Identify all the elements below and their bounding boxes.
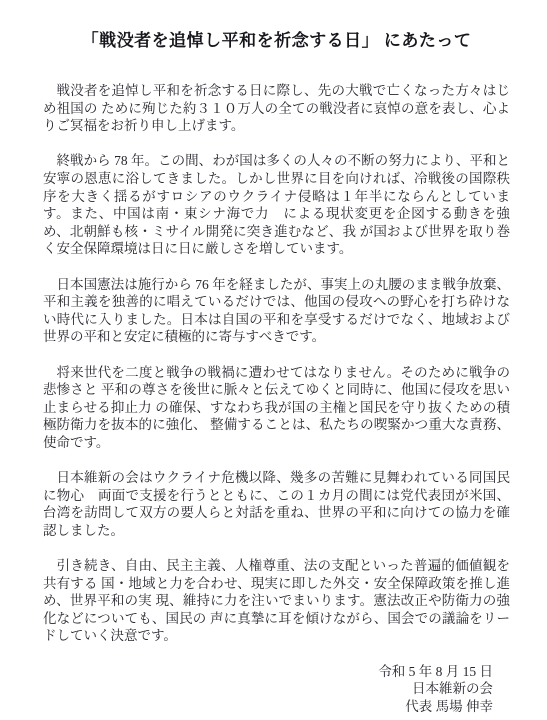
paragraph-condolence: 戦没者を追悼し平和を祈念する日に際し、先の大戦で亡くなった方々はじめ祖国の ため…	[43, 82, 510, 135]
document-body: 戦没者を追悼し平和を祈念する日に際し、先の大戦で亡くなった方々はじめ祖国の ため…	[43, 82, 510, 645]
document-page: 「戦没者を追悼し平和を祈念する日」 にあたって 戦没者を追悼し平和を祈念する日に…	[0, 0, 547, 720]
paragraph-party-activities: 日本維新の会はウクライナ危機以降、幾多の苦難に見舞われている同国民に物心 両面で…	[43, 469, 510, 539]
signature-organization: 日本維新の会	[43, 680, 493, 698]
signature-representative: 代表 馬場 伸幸	[43, 698, 493, 716]
paragraph-security-environment: 終戦から 78 年。この間、わが国は多くの人々の不断の努力により、平和と安寧の恩…	[43, 152, 510, 258]
signature-date: 令和 5 年 8 月 15 日	[43, 663, 493, 681]
paragraph-constitution: 日本国憲法は施行から 76 年を経ましたが、事実上の丸腰のまま戦争放棄、平和主義…	[43, 276, 510, 346]
paragraph-deterrence: 将来世代を二度と戦争の戦禍に遭わせてはなりません。そのために戦争の悲惨さと 平和…	[43, 364, 510, 452]
signature-block: 令和 5 年 8 月 15 日 日本維新の会 代表 馬場 伸幸	[43, 663, 510, 716]
paragraph-resolution: 引き続き、自由、民主主義、人権尊重、法の支配といった普遍的価値観を共有する 国・…	[43, 557, 510, 645]
document-title: 「戦没者を追悼し平和を祈念する日」 にあたって	[43, 26, 510, 51]
